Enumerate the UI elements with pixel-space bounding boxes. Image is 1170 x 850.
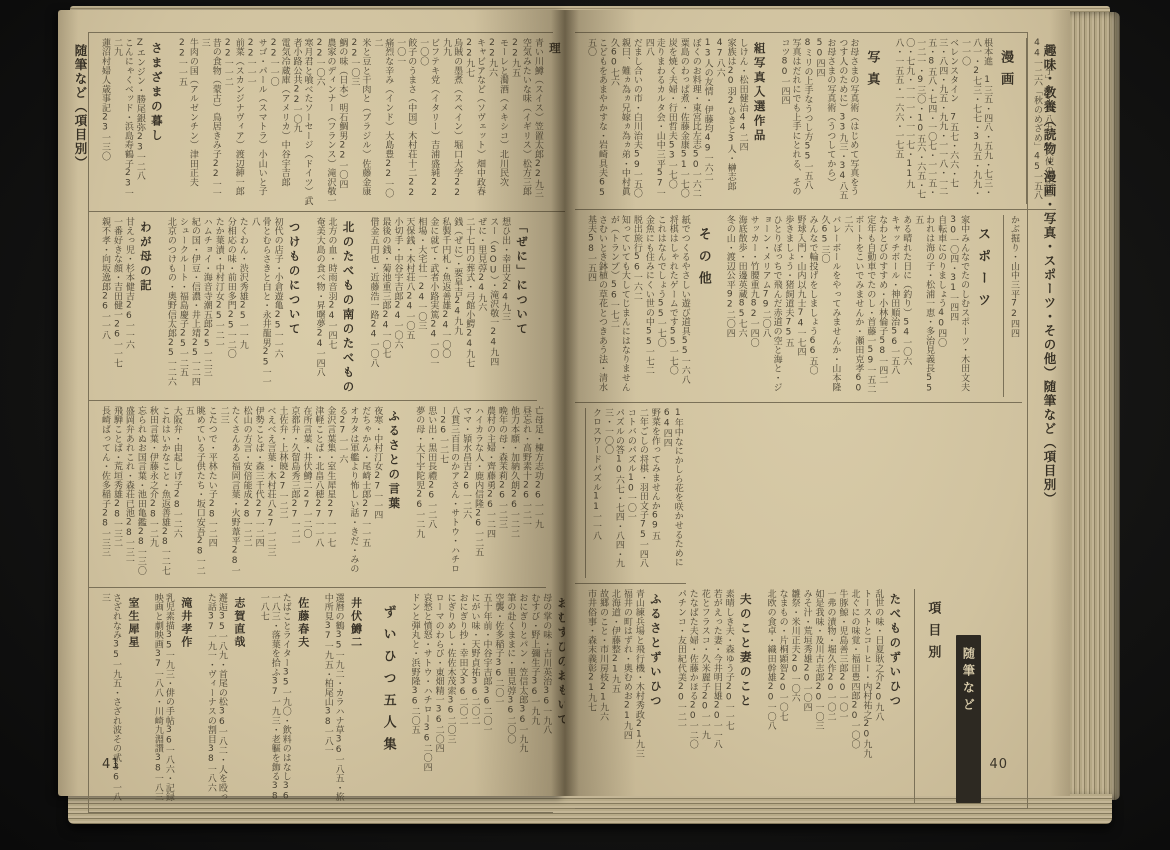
index-entry: モーレと濁酒（メキシコ）北川民次22九六 [486, 38, 508, 206]
section-heading: スポーツ [969, 215, 996, 397]
author-heading: 滝井孝作 [174, 593, 198, 807]
index-entry: 晩年の母・森茉莉26一二三 [496, 406, 507, 582]
index-entry: ある晴れた日に（釣り）54一〇六 [900, 215, 911, 397]
index-entry: 思い出・黒田長禮26一二八 [425, 406, 436, 582]
section-sonota: その他 紙でつくるやさしい遊び道具55一六八将棋はしゃれたゲームです55一七〇こ… [585, 215, 717, 397]
index-entry: 冬の山・渡辺公平92二〇四 [724, 215, 735, 397]
index-entry: 松山の方言・安倍能成28一二二 [241, 406, 252, 582]
index-entry: 在所言葉・井伏鱒二27一二〇 [300, 406, 311, 582]
index-entry: なまもの・片桐顕智20一〇七 [777, 589, 788, 803]
index-entry: こたつで・平林たい子28一二四 [206, 406, 217, 582]
author-heading: 佐藤春夫 [291, 593, 315, 807]
index-entry: ハイカラな人・鹿内信隆26一二五 [472, 406, 483, 582]
index-entry: 想ひ出・幸田文24九三 [499, 217, 510, 395]
section-heading: その他 [690, 215, 717, 397]
index-entry: パズルの答10六七・七四・八四・九三・一〇〇 [602, 408, 624, 578]
index-entry: べえべえ言葉・木村荘八27一二三 [265, 406, 276, 582]
index-entry: たばことライター35一九〇・飲料のはなし36一八三・落葉を拾ふ37一九三・老軀を… [258, 593, 291, 807]
index-entry: 眺めている子供たち・坂口安吾28一二五 [183, 406, 205, 582]
page-number-left: 41 [102, 757, 121, 772]
section-komokubetsu-header: 随筆など 項目別 [914, 589, 981, 803]
index-entry: 家中みんなでたのしむスポーツ・木田文夫30一〇四・31一四四 [947, 215, 969, 397]
index-entry: 牛豚鯨・児島善三郎20一〇一 [837, 589, 848, 803]
index-entry: 13人の友情・伊藤均49一六二 [702, 38, 713, 204]
index-entry: 骨とむらさきと白と・永井龍男25一一八 [249, 217, 271, 395]
index-entry: 相場・大宅壮一24一〇三 [415, 217, 426, 395]
index-entry: 電気冷蔵庫（アメリカ）中谷宇吉郎22一一〇 [268, 38, 290, 206]
section-omusubi: おむすびのおもいで 母の掌の味・吉川英治36一九八むすび・野上彌生子36一九九お… [409, 593, 576, 807]
section-kotoba: ふるさとの言葉 夜寒・中村汀女27一一四だちゃかん・尾崎士郎27一一五オカタは軍… [99, 406, 406, 582]
index-entry: ひとりぼっちで飛んだ赤道の空と海と・ジョーン・メリアム79二〇八 [760, 215, 782, 397]
index-entry: 紙でつくるやさしい遊び道具55一六八 [679, 215, 690, 397]
index-entry: 亡母足・棟方志功26一一九 [532, 406, 543, 582]
index-entry: しけん・松田健治44二四 [737, 38, 748, 204]
index-entry: ハムチョイ・海音寺潮五郎25一二三 [201, 217, 212, 395]
section-gonin-shu: ずいひつ五人集 [375, 593, 402, 807]
section-kurashi: さまざまの暮し Zエンジン・勝尾銀弥23一二八こんにゃくベッド・浜島寿鶴子23一… [99, 38, 169, 206]
index-entry: 牛肉の国（アルゼンチン）津田正夫22一一五 [176, 38, 198, 206]
index-entry: コトバのパズル10一〇一 [625, 408, 636, 578]
index-entry: ビフテキ党（イタリー）吉浦盛純22一〇〇 [417, 38, 439, 206]
index-entry: 最後の銭・菊池重三郎24一〇七 [380, 217, 391, 395]
index-entry: 北海道・伊藤整21九五 [609, 589, 620, 803]
section-muro: 室生犀星 さざれなみ35一九五・さざれ波その貮36一八三 [99, 593, 145, 807]
index-entry: 一番好きな顔・吉田健一26一一七 [111, 217, 122, 395]
section-heading: ふるさとずいひつ [644, 589, 668, 803]
index-entry: 忘られぬお国言葉・池田亀鑑28一三〇 [135, 406, 146, 582]
index-entry: たくさんある福岡言葉・火野葦平28一二三 [218, 406, 240, 582]
index-entry: 痛烈な辛み（インド）大島豊22一〇二 [371, 38, 393, 206]
index-entry: ぜに・里見弴24九六 [475, 217, 486, 395]
index-entry: 銭（ぜに）・要皐吉24九九 [451, 217, 462, 395]
index-entry: ベレンスタイン 7五七・六六・七三・八四・九五・九九・一一八・一二五・8五八・七… [892, 38, 958, 204]
index-entry: 金沢言葉集・室生犀星27一一七 [324, 406, 335, 582]
index-entry: ママ・頴水昌吉26一二六 [460, 406, 471, 582]
index-entry: 秋田言葉・伊藤永之介28一二九 [147, 406, 158, 582]
index-entry: たくわん・渋沢秀雄25一一九 [237, 217, 248, 395]
index-entry: 炭を焼く夫婦・行田哲夫53一七〇 [666, 38, 677, 204]
index-entry: こどもをあまやかすな・岩崎具夫65五〇 [585, 38, 607, 204]
section-heading: ずいひつ五人集 [375, 593, 402, 807]
index-entry: にぎりめし・佐佐木茂索36二〇三 [445, 593, 456, 807]
index-entry: 8ミリの上手なうつし方55一五八 [802, 38, 813, 204]
index-entry: 知っていても大してじまんにはなりませんが（トランプ）56一七二 [608, 215, 630, 397]
index-entry: みんなで輪投げをしましょう66五〇 [807, 215, 818, 397]
section-heading: 写真 [858, 38, 885, 204]
section-heading: 夫のこと妻のこと [734, 589, 758, 803]
index-entry: 雛祭・米川正夫20一〇六 [789, 589, 800, 803]
index-entry: おにぎり抄・幸田文36二〇二 [457, 593, 468, 807]
index-entry: サッカー・竹腰重九82一四〇 [748, 215, 759, 397]
index-entry: にがい味・天野貞祐36二〇二 [469, 593, 480, 807]
index-entry: 鯛の味（日本）明石鯛男22一〇四 [336, 38, 347, 206]
left-row-4: おむすびのおもいで 母の掌の味・吉川英治36一九八むすび・野上彌生子36一九九お… [89, 588, 578, 812]
section-heading: 北のたべもの南のたべもの [337, 217, 361, 395]
section-heading: つけものについて [283, 217, 307, 395]
left-page: 随筆など（項目別） 泊事件と女工哀史・細川嘉六21九九愛するふるさと・大田洋子2… [58, 10, 565, 796]
index-entry: 餃子のうまさ（中国）木村荘十二22一〇一 [394, 38, 416, 206]
section-shashin: 写真 お母さまの写真術（はじめて写真をうつす人のために）33九三・34八五お母さ… [779, 38, 886, 204]
index-entry: 邂逅35一八九・首尾の松36一八二・人を殴った話37一九一・ヴィーナスの割目38… [205, 593, 227, 807]
index-entry: 夢の母・大下宇陀児26一二九 [413, 406, 424, 582]
section-sports: スポーツ 家中みんなでたのしむスポーツ・木田文夫30一〇四・31一四四自転車にの… [724, 215, 996, 397]
index-entry: 米と豆と干肉と（ブラジル）佐藤金康22一〇三 [348, 38, 370, 206]
index-entry: 分相応の味・前田多門25一二〇 [225, 217, 236, 395]
index-entry: 寒月君と喰べたソーセージ（ドイツ）武者小路公共22一〇九 [291, 38, 313, 206]
index-entry: クロスワードパズル11一一八 [590, 408, 601, 578]
index-entry: ドンと弾丸と・浜野隆36二〇五 [409, 593, 420, 807]
index-entry: おにぎりとパン・笠信太郎36一九九 [516, 593, 527, 807]
section-zeni: 「ぜに」について 想ひ出・幸田文24九三スー（SOU）・滝沢敬一24九四ぜに・里… [368, 217, 535, 395]
index-entry: 空襲・佐多稲子36二〇一 [492, 593, 503, 807]
index-entry: 将棋はしゃれたゲームです55一七〇 [667, 215, 678, 397]
index-entry: 小切手・中谷宇吉郎24一〇六 [391, 217, 402, 395]
index-entry: 飛騨ことば・荒垣秀雄28一三二 [111, 406, 122, 582]
index-entry: 走りまわるカルタ会・山中三平57一四八 [643, 38, 665, 204]
index-entry: 昼忘れ・高野素十26一二一 [520, 406, 531, 582]
index-entry: こんにゃくベッド・浜島寿鶴子23一二九 [111, 38, 133, 206]
section-serial-box: 「杏っ子」43一八九・「天使の生活」44一二六「秋のめざめ」45一五八 [1026, 38, 1053, 204]
index-entry: 烏賊の墨煮（スペイン）堀口大学22九九 [440, 38, 462, 206]
index-entry: ローマのわらび・東畑精一36二〇四 [433, 593, 444, 807]
index-entry: 津軽ことば・北畠八穂27一一八 [312, 406, 323, 582]
index-entry: 歩きましょう・猪飼道夫75五 [783, 215, 794, 397]
index-entry: 京都弁・久留島秀三郎27一二一 [289, 406, 300, 582]
left-page-index-grid: 泊事件と女工哀史・細川嘉六21九九愛するふるさと・大田洋子21一〇〇茨城の蟇・館… [88, 32, 553, 813]
index-entry: 福井の町はずれ・奥むめお21九四 [621, 589, 632, 803]
index-entry: サゴ・パール（スマトラ）小山いと子22一一一 [245, 38, 267, 206]
komokubetsu-heading: 項目別 [919, 589, 946, 803]
index-entry: 北方の血・時雨音羽24一四七 [326, 217, 337, 395]
index-entry: 紀の国・伊豆・信濃・井上靖25一二四 [189, 217, 200, 395]
index-entry: 粟島のわっぱ煮・佐藤金康51一七〇 [678, 38, 689, 204]
left-page-margin-header: 随筆など（項目別） [71, 44, 89, 170]
section-heading: 「ぜに」について [510, 217, 534, 395]
index-entry: これはなんでしょう55一七〇 [655, 215, 666, 397]
open-magazine-spread: 随筆など（項目別） 泊事件と女工哀史・細川嘉六21九九愛するふるさと・大田洋子2… [52, 4, 1127, 836]
left-row-2: 「ぜに」について 想ひ出・幸田文24九三スー（SOU）・滝沢敬一24九四ぜに・里… [89, 212, 537, 401]
right-row-3: 1年中なにかしら花を咲かせるために64四四野菜を作ってみませんか69五二年ごしの… [575, 403, 686, 584]
index-entry: 親曰、難ヵ為ヵ兄嫁ヵ為ヵ弟・中村眞久60七六 [608, 38, 630, 204]
author-heading: 井伏鱒二 [344, 593, 368, 807]
index-entry: キャビアなど（ソヴェット）畑中政春22九七 [463, 38, 485, 206]
index-entry: 「杏っ子」43一八九・「天使の生活」44一二六「秋のめざめ」45一五八 [1031, 38, 1053, 204]
index-entry: 二年ごしの将棋・羽田文子75一四八 [637, 408, 648, 578]
index-entry: 農家のディンナー（フランス）滝沢敬一22一〇六 [314, 38, 336, 206]
index-entry: 定年も自動車でたのし・首藤一59一五二 [864, 215, 875, 397]
index-entry: さむいとき鉢植の草花とつきあう法・清水基夫58一五四 [585, 215, 607, 397]
index-entry: 二十七円の葬式・弓館小鰐24九七 [463, 217, 474, 395]
section-heading: 漫画 [992, 38, 1019, 204]
index-entry: みそ汁・荒垣秀雄20一〇四 [801, 589, 812, 803]
index-entry: 故郷のこと・市川房枝21九六 [597, 589, 608, 803]
section-furusato-zuihitsu: ふるさとずいひつ 青山練兵場と飛行機・木村秀政21九三福井の町はずれ・奥むめお2… [585, 589, 668, 803]
index-entry: 青い川鱒（スイス）笠置太郎22九三 [532, 38, 543, 206]
author-heading: 室生犀星 [121, 593, 145, 807]
index-entry: 天保銭・木村荘八24一〇五 [403, 217, 414, 395]
index-entry: 私製千円札・魚返善雄24一〇〇 [439, 217, 450, 395]
index-entry: 金に就て・武者小路実篤24一〇一 [427, 217, 438, 395]
index-entry: 市井俗事・森末義彰21九七 [585, 589, 596, 803]
index-entry: たか葉漬・中村汀女25一二一 [213, 217, 224, 395]
index-entry: 八貫三百目のかアさん・サトウ・ハチロー26一二七 [437, 406, 459, 582]
index-entry: 奄美大島の食べ物・昇曙夢24一四八 [314, 217, 325, 395]
index-entry: 長崎ばってん・佐多稲子28一三三 [99, 406, 110, 582]
section-tsukemono: つけものについて 初代の店子・小倉遊亀25一一六骨とむらさきと白と・永井龍男25… [165, 217, 307, 395]
index-entry: 海底散歩・田邊英蔵85七六 [736, 215, 747, 397]
index-entry: 写真はだれにでも上手にとれる、そのコツ80一四四 [779, 38, 801, 204]
right-row-1: 「杏っ子」43一八九・「天使の生活」44一二六「秋のめざめ」45一五八 漫画 根… [575, 33, 1056, 210]
index-entry: オカタは軍艦より怖しい話・きだ・みのる27一一六 [336, 406, 358, 582]
index-entry: 母の掌の味・吉川英治36一九八 [540, 593, 551, 807]
index-entry: 北京のつけもの・奥野信太郎25一二六 [165, 217, 176, 395]
index-entry: たなばた夫婦・佐藤かほる20一二〇 [687, 589, 698, 803]
index-entry: 初代の店子・小倉遊亀25一一六 [272, 217, 283, 395]
index-entry: キャッチボール・神田順治56一五八 [888, 215, 899, 397]
index-entry: 青山練兵場と飛行機・木村秀政21九三 [633, 589, 644, 803]
index-entry: 盛岡弁あれこれ・森荘已池28一三一 [123, 406, 134, 582]
index-entry: 金魚にも住みにくい世の中55一七二 [643, 215, 654, 397]
page-number-right: 40 [989, 757, 1008, 772]
index-entry: 1年中なにかしら花を咲かせるために64四四 [661, 408, 683, 578]
index-entry: これはいかなこと・魚返善雄28一二七 [159, 406, 170, 582]
index-entry: なわとびのすすめ・小林倫子58一四二 [876, 215, 887, 397]
index-entry: 昔の食物（蒙古）鳥居きみ子22一一三 [199, 38, 221, 206]
index-entry: スー（SOU）・滝沢敬一24九四 [487, 217, 498, 395]
index-entry: 野菜を作ってみませんか69五 [649, 408, 660, 578]
index-entry: 土佐弁・上林暁27一二二 [277, 406, 288, 582]
author-heading: 志賀直哉 [227, 593, 251, 807]
index-entry: 五十年前・中谷宇吉郎36二〇一 [480, 593, 491, 807]
index-entry: 農村の主婦・齊藤勇26一二四 [484, 406, 495, 582]
section-kumishashin: 組写真入選作品 しけん・松田健治44二四家族は20羽2ひきと3人・榊志郎47八六… [585, 38, 772, 204]
section-ryori: いろんな国のいろんな料理 青い川鱒（スイス）笠置太郎22九三空気みたいな味（イギ… [176, 38, 583, 206]
index-entry: お母さまの写真術（はじめて写真をうつす人のために）33九三・34八五 [836, 38, 858, 204]
right-page-index-grid: 「杏っ子」43一八九・「天使の生活」44一二六「秋のめざめ」45一五八 漫画 根… [575, 32, 1028, 809]
index-entry: 北ぐにの味覚・福田豊四郎20一〇〇 [848, 589, 859, 803]
section-heading: わが母の記 [134, 217, 158, 395]
index-entry: お母さまの写真術（うつしてから）50四四 [813, 38, 835, 204]
index-entry: 他力本願・加納久朗26一二二 [508, 406, 519, 582]
section-sato: 佐藤春夫 たばことライター35一九〇・飲料のはなし36一八三・落葉を拾ふ37一九… [258, 593, 315, 807]
index-entry: 一弗の漬物・堀久作20一〇二 [825, 589, 836, 803]
section-kabu-box: かぶ掘り・山中三平72四四 [1003, 215, 1019, 397]
index-entry: だまし合いの市・白川治夫59一五〇 [631, 38, 642, 204]
index-entry: むすび・野上彌生子36一九九 [528, 593, 539, 807]
section-heading: たべものずいひつ [883, 589, 907, 803]
index-entry: ぼくのお料理・東宮比左志50一六二 [690, 38, 701, 204]
section-haha-cont: 亡母足・棟方志功26一一九昼忘れ・高野素十26一二一他力本願・加納久朗26一二二… [413, 406, 543, 582]
index-entry: 前菜（スカンジナヴィア）渡辺紳一郎22一一二 [222, 38, 244, 206]
index-entry: 根本進 1三五・四八・五九・七三・八一・2七三・七七・3九五・九九・一一〇 [959, 38, 992, 204]
index-entry: ボートをこいでみませんか・瀬田克孝60二六 [841, 215, 863, 397]
index-entry: 北欧の食卓・織田幹雄20一〇八 [765, 589, 776, 803]
photo-of-open-magazine-index: { "left_page": { "page_number": "41", "m… [0, 0, 1170, 850]
index-entry: バレーボールをやってみませんか・山本隆久65三〇 [818, 215, 840, 397]
index-entry: 借金五円也・近藤浩一路24一〇八 [368, 217, 379, 395]
index-entry: 哀愁と憤怒・サトウ・ハチロー36二〇四 [421, 593, 432, 807]
index-entry: われは海の子・松浦一恵・多治見義長55五 [912, 215, 934, 397]
section-tabemono-zuihitsu: たべものずいひつ 乱世の味・日夏耿之介20九八トーストとコーヒー・内村祐之20九… [765, 589, 908, 803]
index-entry: 甘えっ児・杉本健吉26一一六 [123, 217, 134, 395]
section-takii: 滝井孝作 乳児素描35一九三・俳の手帖36一八六・記録映画と劇映画37一八八・川… [152, 593, 198, 807]
index-entry: 脱出旅行56一六二 [631, 215, 642, 397]
index-entry: さざれなみ35一九五・さざれ波その貮36一八三 [99, 593, 121, 807]
right-row-2: かぶ掘り・山中三平72四四 スポーツ 家中みんなでたのしむスポーツ・木田文夫30… [575, 210, 1022, 403]
left-row-3: 亡母足・棟方志功26一一九昼忘れ・高野素十26一二一他力本願・加納久朗26一二二… [89, 401, 546, 588]
section-heading: さまざまの暮し [145, 38, 169, 206]
right-row-4: 随筆など 項目別 たべものずいひつ 乱世の味・日夏耿之介20九八トーストとコーヒ… [575, 584, 994, 808]
index-entry: 自転車にのりましょう40四〇 [935, 215, 946, 397]
index-entry: 花とフラスコ・久米麗子20一一九 [699, 589, 710, 803]
right-page: 趣味・教養（読物・漫画・写真・スポーツ・その他）随筆など（項目別） 「杏っ子」4… [565, 10, 1070, 796]
section-shiga: 志賀直哉 邂逅35一八九・首尾の松36一八二・人を殴った話37一九一・ヴィーナス… [205, 593, 251, 807]
page-edge-right [1070, 12, 1120, 800]
index-entry: 大阪弁・由起しげ子28一二六 [171, 406, 182, 582]
index-entry: 還暦の鶴35一九二・カラハナ草36一八五・旅中所見37一九五・柏尾山38一八一 [322, 593, 344, 807]
index-entry: 蓮沼村婦人歳事記23一三〇 [99, 38, 110, 206]
index-entry: 乳児素描35一九三・俳の手帖36一八六・記録映画と劇映画37一八八・川崎九淵讃3… [152, 593, 174, 807]
index-entry: 若がえった妻・今井明日雄20一一八 [711, 589, 722, 803]
index-entry: 筆の赴くままに・里見弴36二〇〇 [504, 593, 515, 807]
index-entry: 乱世の味・日夏耿之介20九八 [872, 589, 883, 803]
section-haha: わが母の記 甘えっ児・杉本健吉26一一六一番好きな顔・吉田健一26一一七親不孝・… [99, 217, 158, 395]
index-entry: 夜寒・中村汀女27一一四 [371, 406, 382, 582]
index-entry: シュークルート・福島慶子25一二五 [177, 217, 188, 395]
section-kita-tabemono: 北のたべもの南のたべもの 北方の血・時雨音羽24一四七奄美大島の食べ物・昇曙夢2… [314, 217, 361, 395]
index-entry: だちゃかん・尾崎士郎27一一五 [359, 406, 370, 582]
index-entry: 伊勢ことば・森三千代27一二四 [253, 406, 264, 582]
section-manga: 漫画 根本進 1三五・四八・五九・七三・八一・2七三・七七・3九五・九九・一一〇… [892, 38, 1019, 204]
index-entry: 空気みたいな味（イギリス）松方三郎22九五 [509, 38, 531, 206]
index-entry: Zエンジン・勝尾銀弥23一二八 [134, 38, 145, 206]
index-entry: トーストとコーヒー・内村祐之20九九 [860, 589, 871, 803]
index-entry: かぶ掘り・山中三平72四四 [1008, 215, 1019, 397]
section-ibuse: 井伏鱒二 還暦の鶴35一九二・カラハナ草36一八五・旅中所見37一九五・柏尾山3… [322, 593, 368, 807]
zuihitsu-black-label: 随筆など [956, 635, 981, 803]
index-entry: 家族は20羽2ひきと3人・榊志郎47八六 [714, 38, 736, 204]
index-entry: 野球入門・山内以九士74一七四 [795, 215, 806, 397]
index-entry: 如是我味・及川古志郎20一〇三 [813, 589, 824, 803]
section-engei-puzzle: 1年中なにかしら花を咲かせるために64四四野菜を作ってみませんか69五二年ごしの… [585, 408, 683, 578]
index-entry: 素晴しき夫・森ゆう子20一一七 [723, 589, 734, 803]
section-fusai: 夫のこと妻のこと 素晴しき夫・森ゆう子20一一七若がえった妻・今井明日雄20一一… [675, 589, 758, 803]
section-heading: 組写真入選作品 [748, 38, 772, 204]
index-entry: 親不孝・向坂逸郎26一一八 [99, 217, 110, 395]
section-heading: ふるさとの言葉 [382, 406, 406, 582]
index-entry: パチンコ・友田紀代美20一二一 [675, 589, 686, 803]
